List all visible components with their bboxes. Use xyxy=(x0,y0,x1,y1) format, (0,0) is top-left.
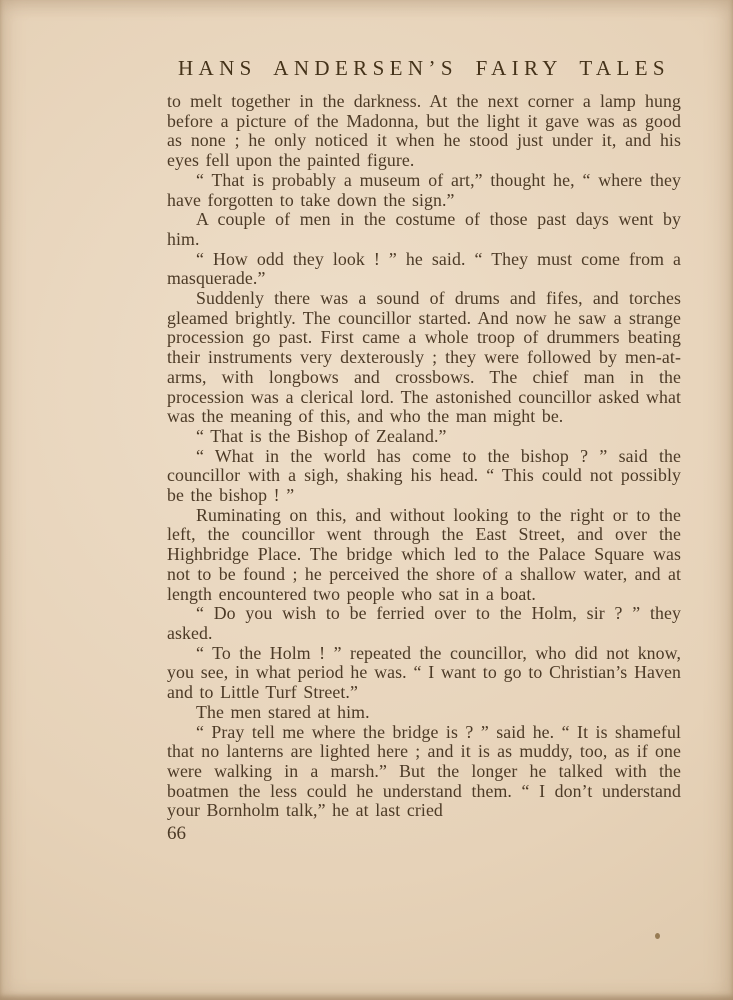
paragraph: “ How odd they look ! ” he said. “ They … xyxy=(167,250,681,289)
paragraph: to melt together in the darkness. At the… xyxy=(167,92,681,171)
paragraph: The men stared at him. xyxy=(167,703,681,723)
running-head-title: HANS ANDERSEN’S FAIRY TALES xyxy=(167,56,681,81)
paper-speck xyxy=(655,933,660,939)
paragraph: Ruminating on this, and without looking … xyxy=(167,506,681,605)
text-column: HANS ANDERSEN’S FAIRY TALES to melt toge… xyxy=(167,56,681,845)
paragraph: “ That is probably a museum of art,” tho… xyxy=(167,171,681,210)
paragraph: A couple of men in the costume of those … xyxy=(167,210,681,249)
paragraph: “ What in the world has come to the bish… xyxy=(167,447,681,506)
body-text: to melt together in the darkness. At the… xyxy=(167,92,681,821)
paragraph: “ Pray tell me where the bridge is ? ” s… xyxy=(167,723,681,822)
paragraph: Suddenly there was a sound of drums and … xyxy=(167,289,681,427)
paragraph: “ Do you wish to be ferried over to the … xyxy=(167,604,681,643)
paragraph: “ To the Holm ! ” repeated the councillo… xyxy=(167,644,681,703)
book-page: HANS ANDERSEN’S FAIRY TALES to melt toge… xyxy=(0,0,733,1000)
page-number: 66 xyxy=(167,823,681,845)
paragraph: “ That is the Bishop of Zealand.” xyxy=(167,427,681,447)
